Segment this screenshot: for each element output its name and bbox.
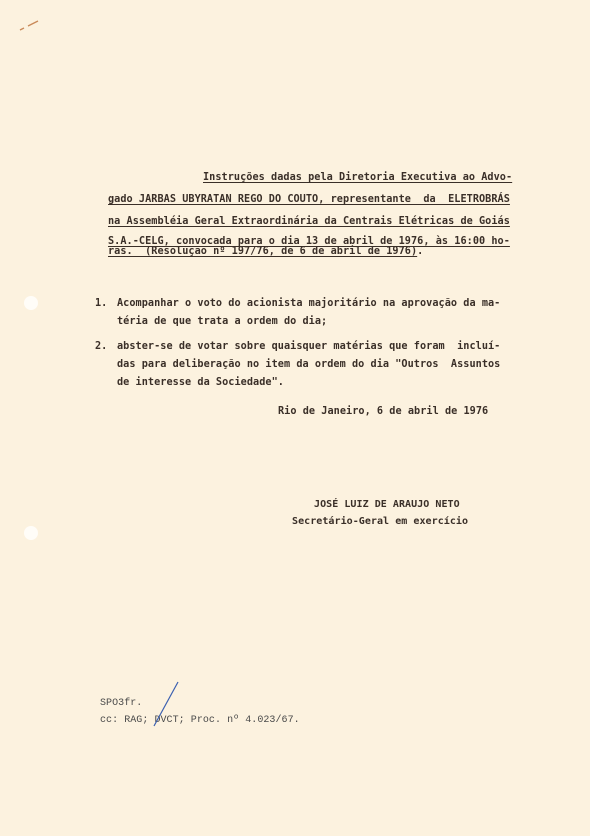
punch-hole-top [24, 296, 38, 310]
item-2-line-2: das para deliberação no item da ordem do… [117, 359, 500, 370]
punch-hole-bottom [24, 526, 38, 540]
heading-line-1: Instruções dadas pela Diretoria Executiv… [203, 172, 512, 183]
ink-smudge-mark [18, 18, 48, 32]
heading-line-3: na Assembléia Geral Extraordinária da Ce… [108, 216, 510, 227]
item-1-line-1: Acompanhar o voto do acionista majoritár… [117, 298, 500, 309]
item-1-line-2: téria de que trata a ordem do dia; [117, 316, 327, 327]
item-2-number: 2. [95, 341, 107, 352]
item-1-number: 1. [95, 298, 107, 309]
footer-cc: cc: RAG; DVCT; Proc. nº 4.023/67. [100, 715, 300, 726]
signatory-title: Secretário-Geral em exercício [292, 516, 468, 527]
heading-line-5: ras. (Resolução nº 197/76, de 6 de abril… [108, 246, 423, 257]
heading-line-5-text: ras. (Resolução nº 197/76, de 6 de abril… [108, 246, 417, 257]
item-2-line-1: abster-se de votar sobre quaisquer matér… [117, 341, 500, 352]
document-page: Instruções dadas pela Diretoria Executiv… [0, 0, 590, 836]
pen-slash-mark [151, 680, 181, 728]
signatory-name: JOSÉ LUIZ DE ARAUJO NETO [314, 499, 460, 510]
heading-period: . [417, 246, 423, 257]
heading-line-2: gado JARBAS UBYRATAN REGO DO COUTO, repr… [108, 194, 510, 205]
item-2-line-3: de interesse da Sociedade". [117, 377, 284, 388]
place-date: Rio de Janeiro, 6 de abril de 1976 [278, 406, 488, 417]
footer-reference: SPO3fr. [100, 698, 142, 709]
